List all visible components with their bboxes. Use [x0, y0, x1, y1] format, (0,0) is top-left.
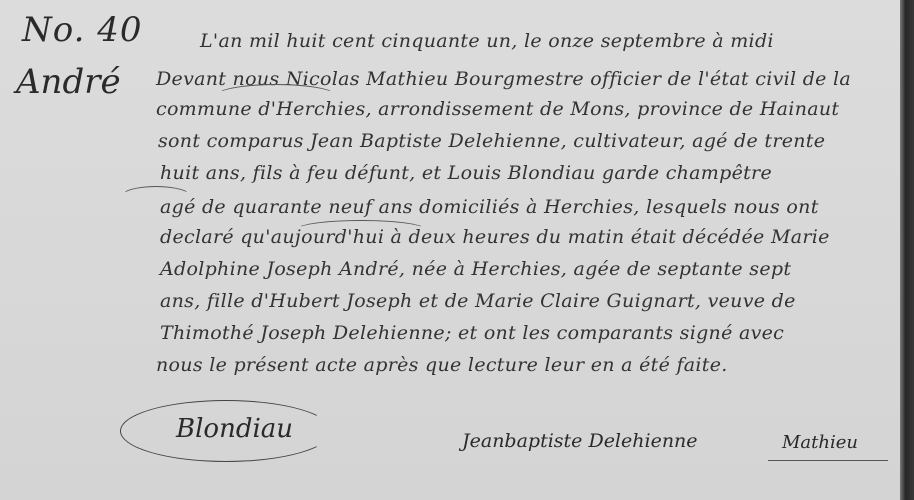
- text-line-8: Adolphine Joseph André, née à Herchies, …: [160, 258, 791, 280]
- flourish: [295, 220, 427, 240]
- page-binding-edge: [900, 0, 914, 500]
- signature-delehienne: Jeanbaptiste Delehienne: [462, 430, 698, 452]
- margin-subject-name: André: [16, 62, 121, 102]
- signature-underline: [768, 460, 888, 461]
- text-line-5: huit ans, fils à feu défunt, et Louis Bl…: [160, 162, 772, 184]
- text-line-1: L'an mil huit cent cinquante un, le onze…: [200, 30, 774, 52]
- flourish: [215, 84, 337, 108]
- signature-mathieu: Mathieu: [782, 432, 858, 453]
- text-line-4: sont comparus Jean Baptiste Delehienne, …: [158, 130, 825, 152]
- record-number: No. 40: [22, 10, 143, 50]
- signature-blondiau: Blondiau: [176, 414, 293, 444]
- text-line-11: nous le présent acte après que lecture l…: [156, 354, 728, 376]
- text-line-10: Thimothé Joseph Delehienne; et ont les c…: [160, 322, 784, 344]
- flourish: [120, 186, 192, 208]
- text-line-7: declaré qu'aujourd'hui à deux heures du …: [160, 226, 830, 248]
- text-line-6: agé de quarante neuf ans domiciliés à He…: [160, 196, 819, 218]
- document-page: No. 40 André L'an mil huit cent cinquant…: [0, 0, 914, 500]
- text-line-9: ans, fille d'Hubert Joseph et de Marie C…: [160, 290, 796, 312]
